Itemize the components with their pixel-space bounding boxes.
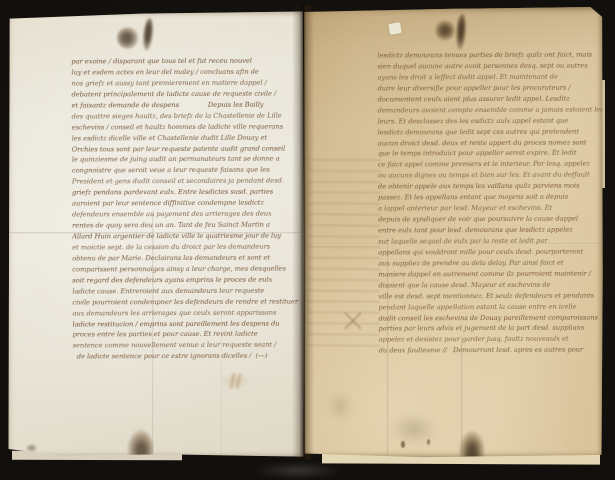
manuscript-right-page: lesdictz demourans tenues parties de bri… bbox=[303, 7, 603, 458]
manuscript-line: du deux faultesme // Demourront lesd. ap… bbox=[379, 345, 603, 357]
gray-stain bbox=[391, 413, 437, 445]
manuscript-left-page: par exoine / disparant que tous tel et f… bbox=[7, 11, 304, 458]
ink-speck bbox=[427, 439, 430, 445]
ink-speck bbox=[401, 441, 405, 448]
center-fold-shadow bbox=[292, 5, 314, 460]
faint-offset-scribble bbox=[219, 373, 251, 389]
ink-blot-streak bbox=[141, 18, 154, 52]
photo-backdrop: par exoine / disparant que tous tel et f… bbox=[0, 0, 615, 480]
ink-bleedthrough bbox=[307, 159, 380, 355]
left-page-text-block: par exoine / disparant que tous tel et f… bbox=[71, 56, 298, 363]
ink-blot-streak bbox=[455, 14, 467, 51]
bottom-stain bbox=[127, 429, 153, 467]
manuscript-line: de ladicte sentence pour ce estre ignora… bbox=[73, 351, 299, 363]
margin-smudge bbox=[327, 391, 353, 421]
backdrop-smudge bbox=[252, 463, 344, 478]
ink-blot bbox=[435, 20, 455, 41]
ink-bleedthrough-mark bbox=[345, 307, 361, 333]
ink-blot bbox=[117, 27, 139, 49]
edge-mark bbox=[27, 445, 36, 451]
paper-repair-patch bbox=[388, 22, 402, 35]
right-page-text-block: lesdictz demourans tenues parties de bri… bbox=[377, 50, 602, 357]
